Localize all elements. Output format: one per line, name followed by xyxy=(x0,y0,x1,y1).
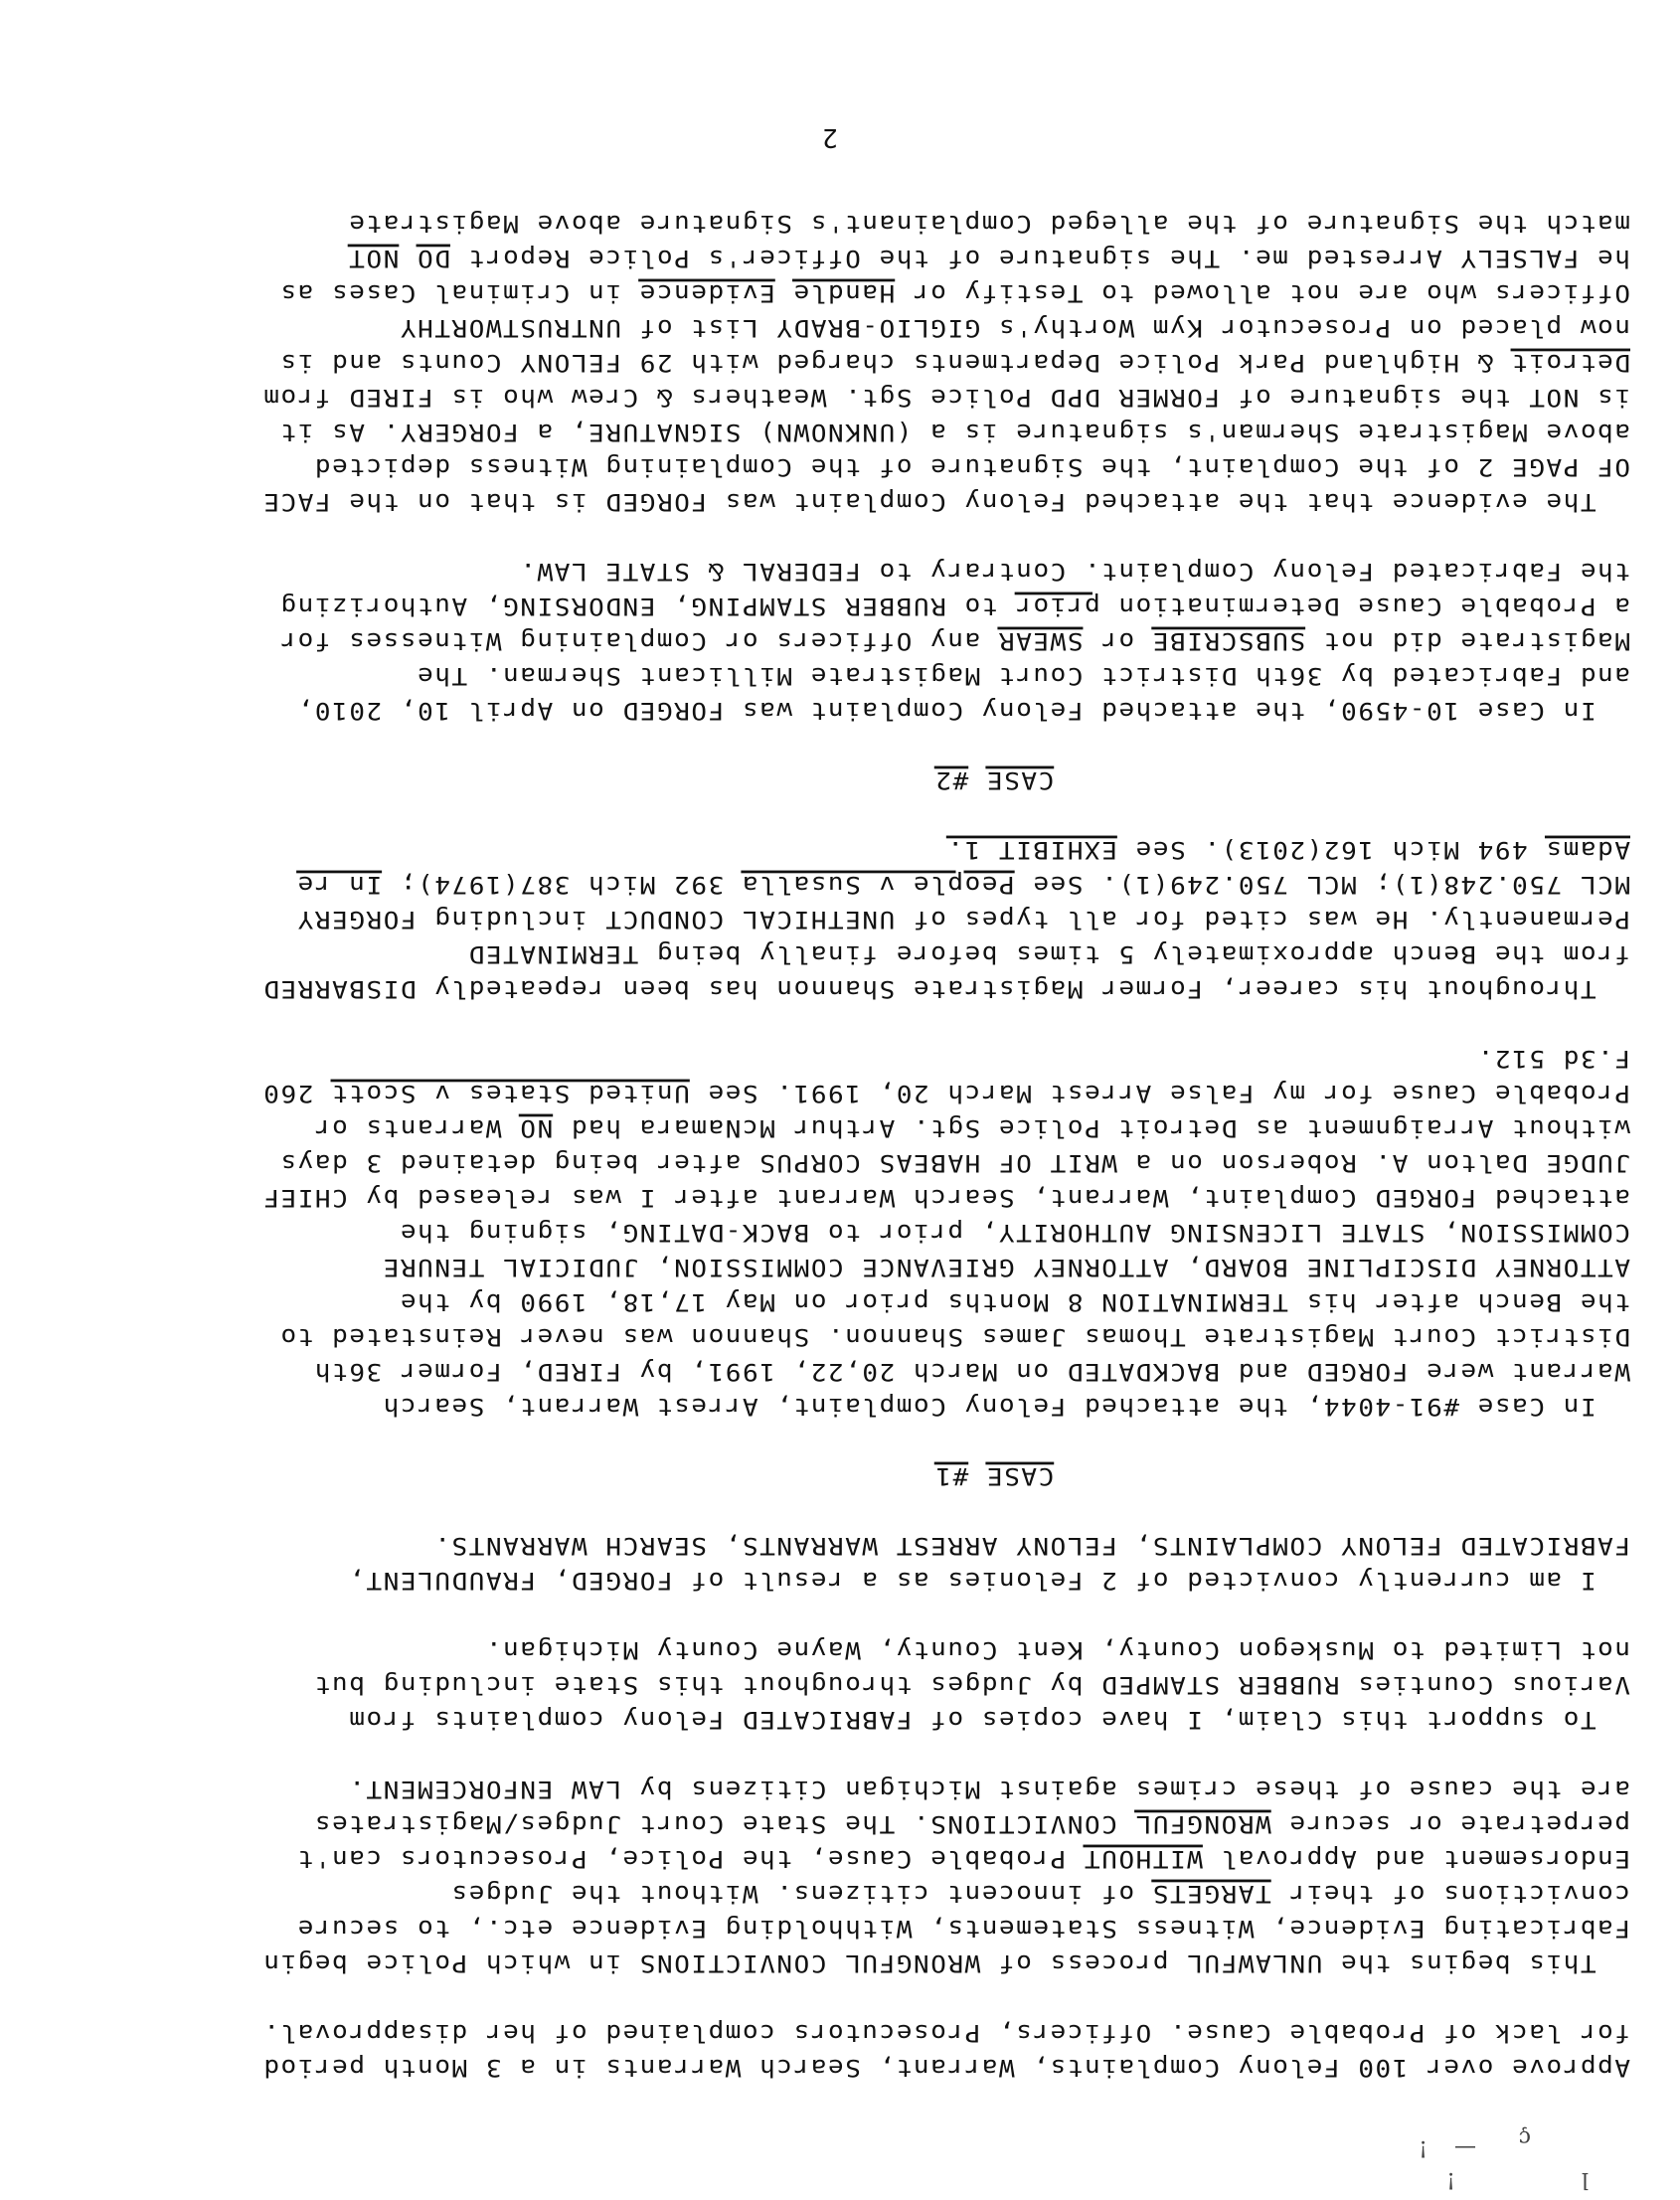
underlined-text: Detroit xyxy=(1511,349,1630,377)
document-page: Approve over 100 Felony Complaints, Warr… xyxy=(0,0,1680,2200)
text-segment: ATTORNEY DISCIPLINE BOARD, ATTORNEY GRIE… xyxy=(382,1254,1630,1281)
text-line: the Fabricated Felony Complaint. Contrar… xyxy=(519,555,1630,587)
underlined-text: DO xyxy=(417,245,450,272)
text-line: are the cause of these crimes against Mi… xyxy=(348,1773,1630,1804)
text-segment: not Limited to Muskegon County, Kent Cou… xyxy=(484,1636,1630,1664)
text-line: he FALSELY Arrested me. The signature of… xyxy=(348,242,1630,273)
text-line: Probable Cause for my False Arrest March… xyxy=(262,1077,1630,1108)
underlined-text: EXHIBIT 1. xyxy=(946,836,1117,864)
scan-mark: ! xyxy=(1446,2167,1455,2192)
text-segment: FABRICATED FELONY COMPLAINTS, FELONY ARR… xyxy=(433,1532,1630,1560)
text-line: In Case 10-4590, the attached Felony Com… xyxy=(296,694,1630,726)
scan-mark: ! xyxy=(1419,2135,1428,2160)
text-segment: COMMISSION, STATE LICENSING AUTHORITY, p… xyxy=(399,1219,1630,1247)
text-segment: Fabricating Evidence, Witness Statements… xyxy=(296,1915,1630,1943)
text-segment: is NOT the signature of FORMER DPD Polic… xyxy=(262,384,1630,412)
underlined-text: WITHOUT xyxy=(1083,1845,1202,1873)
text-line: Warrant were FORGED and BACKDATED on Mar… xyxy=(313,1355,1630,1387)
text-segment: CONVICTIONS. The State Court Judges/Magi… xyxy=(313,1810,1134,1838)
text-line: This begins the UNLAWFUL process of WRON… xyxy=(262,1946,1630,1978)
text-segment: convictions of their xyxy=(1271,1880,1630,1908)
text-segment: without Arraignment as Detroit Police Sg… xyxy=(553,1114,1630,1142)
text-segment: Probable Cause, the Police, Prosecutors … xyxy=(296,1845,1083,1873)
text-line: from the Bench approximately 5 times bef… xyxy=(467,937,1630,969)
underlined-text: SUBSCRIBE xyxy=(1151,627,1305,655)
text-line: OF PAGE 2 of the Complaint, the Signatur… xyxy=(313,450,1630,482)
text-segment: Warrant were FORGED and BACKDATED on Mar… xyxy=(313,1358,1630,1386)
text-segment xyxy=(968,1462,985,1490)
text-segment: & Highland Park Police Departments charg… xyxy=(279,349,1511,377)
text-segment: of innocent citizens. Without the Judges xyxy=(450,1880,1151,1908)
text-segment: the Fabricated Felony Complaint. Contrar… xyxy=(519,558,1630,586)
underlined-text: CASE xyxy=(985,766,1054,794)
text-segment: Warrants or xyxy=(313,1114,518,1142)
text-segment: OF PAGE 2 of the Complaint, the Signatur… xyxy=(313,453,1630,481)
text-segment: attached FORGED Complaint, Warrant, Sear… xyxy=(262,1184,1630,1212)
text-segment: 494 Mich 162(2013). See xyxy=(1117,836,1545,864)
text-segment: he FALSELY Arrested me. The signature of… xyxy=(450,245,1630,272)
case-heading: CASE #2 xyxy=(308,763,1680,795)
text-line: and Fabricated by 36th District Court Ma… xyxy=(417,659,1630,691)
text-segment: any Officers or Complaining Witnesses fo… xyxy=(279,627,998,655)
text-line: Adams 494 Mich 162(2013). See EXHIBIT 1. xyxy=(946,833,1630,865)
underlined-text: Handle xyxy=(792,279,895,307)
underlined-text: #2 xyxy=(934,766,968,794)
text-line: above Magistrate Sherman's signature is … xyxy=(279,416,1630,447)
text-line: Various Counties RUBBER STAMPED by Judge… xyxy=(313,1668,1630,1700)
text-segment: I am currently convicted of 2 Felonies a… xyxy=(348,1567,1630,1595)
text-segment: Throughout his career, Former Magistrate… xyxy=(262,975,1630,1003)
text-segment: above Magistrate Sherman's signature is … xyxy=(279,419,1630,446)
text-line: a Probable Cause Determination prior to … xyxy=(279,590,1630,621)
text-segment: Approve over 100 Felony Complaints, Warr… xyxy=(262,2054,1630,2082)
text-segment: Probable Cause for my False Arrest March… xyxy=(690,1080,1630,1107)
text-line: Magistrate did not SUBSCRIBE or SWEAR an… xyxy=(279,624,1630,656)
text-line: match the Signature of the alleged Compl… xyxy=(348,207,1630,239)
text-line: COMMISSION, STATE LICENSING AUTHORITY, p… xyxy=(399,1216,1630,1248)
text-segment: Endorsement and Approval xyxy=(1203,1845,1630,1873)
text-line: In Case #91-4044, the attached Felony Co… xyxy=(382,1390,1630,1422)
text-segment xyxy=(399,245,416,272)
text-line: convictions of their TARGETS of innocent… xyxy=(450,1877,1630,1909)
underlined-text: prior xyxy=(1015,592,1100,620)
scan-mark: ç xyxy=(1519,2125,1531,2150)
text-segment: from the Bench approximately 5 times bef… xyxy=(467,940,1630,968)
text-line: is NOT the signature of FORMER DPD Polic… xyxy=(262,381,1630,413)
text-segment xyxy=(775,279,792,307)
text-segment: Various Counties RUBBER STAMPED by Judge… xyxy=(313,1671,1630,1699)
underlined-text: Evidence xyxy=(638,279,775,307)
text-segment: JUDGE Dalton A. Roberson on a WRIT OF HA… xyxy=(279,1149,1630,1177)
text-segment: MCL 750.248(1); MCL 750.249(1). See xyxy=(1015,871,1630,899)
underlined-text: WRONGFUL xyxy=(1134,1810,1271,1838)
underlined-text: NOT xyxy=(348,245,400,272)
text-line: MCL 750.248(1); MCL 750.249(1). See Peop… xyxy=(296,868,1630,900)
text-line: not Limited to Muskegon County, Kent Cou… xyxy=(484,1633,1630,1665)
text-segment: or xyxy=(1083,627,1151,655)
text-segment: a Probable Cause Determination xyxy=(1100,592,1630,620)
text-segment: perpetrate or secure xyxy=(1271,1810,1630,1838)
text-line: FABRICATED FELONY COMPLAINTS, FELONY ARR… xyxy=(433,1529,1630,1561)
case-heading: CASE #1 xyxy=(308,1459,1680,1491)
text-line: Officers who are not allowed to Testify … xyxy=(279,276,1630,308)
text-segment: In Case #91-4044, the attached Felony Co… xyxy=(382,1393,1630,1421)
text-segment: and Fabricated by 36th District Court Ma… xyxy=(417,662,1630,690)
underlined-text: United States v Scott xyxy=(331,1080,690,1107)
text-line: without Arraignment as Detroit Police Sg… xyxy=(313,1111,1630,1143)
text-segment: This begins the UNLAWFUL process of WRON… xyxy=(262,1949,1630,1977)
text-segment: in Criminal Cases as xyxy=(279,279,638,307)
text-line: ATTORNEY DISCIPLINE BOARD, ATTORNEY GRIE… xyxy=(382,1251,1630,1282)
text-line: The evidence that the attached Felony Co… xyxy=(262,485,1630,517)
text-segment xyxy=(968,766,985,794)
text-segment: 260 xyxy=(262,1080,331,1107)
text-line: F.3d 512. xyxy=(1476,1042,1630,1074)
underlined-text: NO xyxy=(519,1114,553,1142)
underlined-text: People v Susalla xyxy=(741,871,1014,899)
text-segment: F.3d 512. xyxy=(1476,1045,1630,1073)
text-line: now placed on Prosecutor Kym Worthy's GI… xyxy=(399,311,1630,343)
underlined-text: SWEAR xyxy=(997,627,1083,655)
text-line: Approve over 100 Felony Complaints, Warr… xyxy=(262,2051,1630,2083)
underlined-text: #1 xyxy=(934,1462,968,1490)
text-segment: the Bench after his TERMINATION 8 Months… xyxy=(399,1288,1630,1316)
text-segment: 392 Mich 387(1974); xyxy=(382,871,741,899)
text-line: for lack of Probable Cause. Officers, Pr… xyxy=(262,2016,1630,2048)
text-segment: Permanently. He was cited for all types … xyxy=(296,906,1630,933)
text-segment: Officers who are not allowed to Testify … xyxy=(895,279,1630,307)
text-line: Endorsement and Approval WITHOUT Probabl… xyxy=(296,1842,1630,1874)
text-segment: The evidence that the attached Felony Co… xyxy=(262,488,1630,516)
text-line: Throughout his career, Former Magistrate… xyxy=(262,972,1630,1004)
text-line: perpetrate or secure WRONGFUL CONVICTION… xyxy=(313,1807,1630,1839)
text-segment: match the Signature of the alleged Compl… xyxy=(348,210,1630,238)
text-line: District Court Magistrate Thomas James S… xyxy=(279,1320,1630,1352)
text-line: To support this Claim, I have copies of … xyxy=(348,1703,1630,1735)
scan-mark: — xyxy=(1454,2135,1476,2160)
page-number: 2 xyxy=(810,122,850,152)
text-line: attached FORGED Complaint, Warrant, Sear… xyxy=(262,1181,1630,1213)
underlined-text: TARGETS xyxy=(1151,1880,1270,1908)
text-segment: are the cause of these crimes against Mi… xyxy=(348,1776,1630,1803)
underlined-text: Adams xyxy=(1545,836,1630,864)
text-line: Fabricating Evidence, Witness Statements… xyxy=(296,1912,1630,1944)
text-segment: Magistrate did not xyxy=(1305,627,1630,655)
underlined-text: In re xyxy=(296,871,382,899)
text-line: JUDGE Dalton A. Roberson on a WRIT OF HA… xyxy=(279,1146,1630,1178)
text-line: I am currently convicted of 2 Felonies a… xyxy=(348,1564,1630,1596)
text-line: Permanently. He was cited for all types … xyxy=(296,903,1630,934)
text-line: Detroit & Highland Park Police Departmen… xyxy=(279,346,1630,378)
text-segment: District Court Magistrate Thomas James S… xyxy=(279,1323,1630,1351)
text-segment: now placed on Prosecutor Kym Worthy's GI… xyxy=(399,314,1630,342)
underlined-text: CASE xyxy=(985,1462,1054,1490)
text-segment: to RUBBER STAMPING, ENDORSING, Authorizi… xyxy=(279,592,1015,620)
text-segment: To support this Claim, I have copies of … xyxy=(348,1706,1630,1734)
text-segment: for lack of Probable Cause. Officers, Pr… xyxy=(262,2019,1630,2047)
text-line: the Bench after his TERMINATION 8 Months… xyxy=(399,1285,1630,1317)
scan-mark: l xyxy=(1582,2167,1589,2192)
text-segment: In Case 10-4590, the attached Felony Com… xyxy=(296,697,1630,725)
